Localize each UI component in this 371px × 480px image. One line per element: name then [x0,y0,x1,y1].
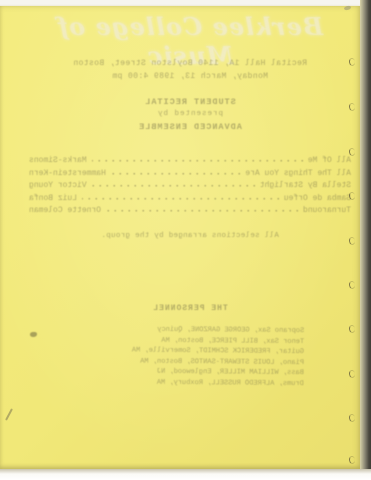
venue-address-line: Recital Hall 1A, 1140 Boylston Street, B… [29,57,351,70]
dot-leader [92,179,255,187]
program-list: All Of Me Marks-Simons All The Things Yo… [29,154,351,217]
mirrored-show-through-content: Berklee College of Music Recital Hall 1A… [0,6,361,469]
composer-name: Marks-Simons [29,156,87,165]
personnel-heading: THE PERSONNEL [29,304,351,313]
program-row: All The Things You Are Hammerstein-Kern [29,167,351,180]
song-title: Turnaround [303,206,351,215]
program-row: All Of Me Marks-Simons [29,154,351,167]
dot-leader [82,192,279,200]
program-row: Samba de Orfeu Luiz Bonfa [29,192,351,205]
composer-name: Luiz Bonfa [29,194,77,203]
composer-name: Ornette Coleman [29,206,101,215]
song-title: All The Things You Are [245,169,351,178]
personnel-list: Soprano Sax, GEORGE GARZONE, Quincy Teno… [78,324,305,389]
presented-by-label: presented by [29,110,351,118]
composer-name: Victor Young [29,181,87,190]
dot-leader [92,154,303,162]
personnel-line: Drums, ALFREDO RUSSELL, Roxbury, MA [78,377,304,389]
date-time-line: Monday, March 13, 1989 4:00 pm [29,70,351,83]
song-title: All Of Me [308,156,351,165]
scanner-right-shadow [360,0,371,480]
ensemble-name: ADVANCED ENSEMBLE [29,122,351,132]
song-title: Stella By Starlight [260,181,351,190]
program-row: Turnaround Ornette Coleman [29,204,351,217]
song-title: Samba de Orfeu [284,194,351,203]
scanner-bottom-edge [0,469,371,480]
program-row: Stella By Starlight Victor Young [29,179,351,192]
dot-leader [111,167,241,175]
dot-leader [106,204,298,212]
arranger-note: All selections arranged by the group. [29,232,351,240]
recital-heading: STUDENT RECITAL [29,97,351,107]
composer-name: Hammerstein-Kern [29,169,106,178]
